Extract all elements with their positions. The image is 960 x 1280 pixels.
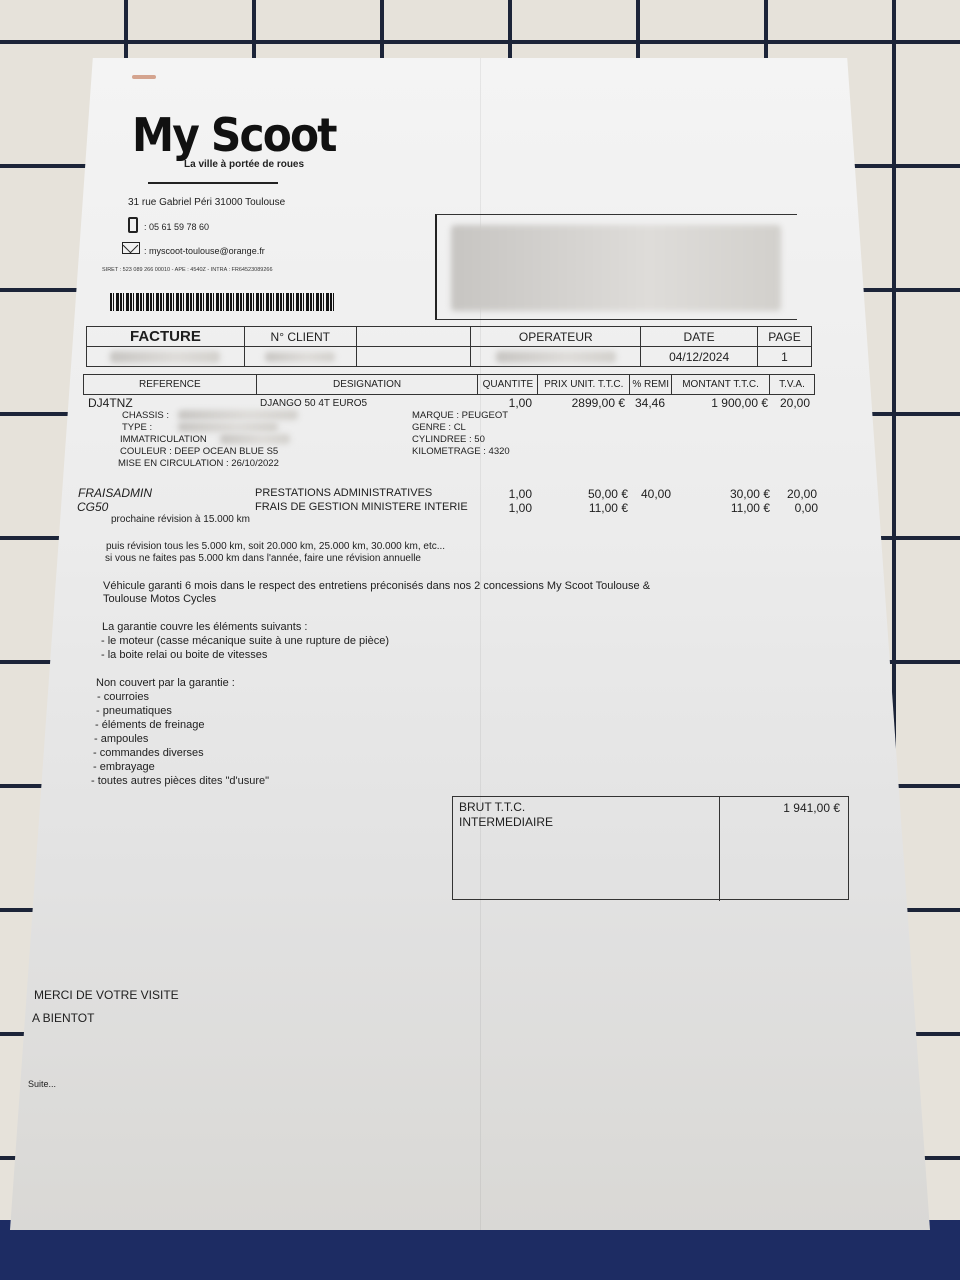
totals-divider xyxy=(719,797,720,901)
col-reference: REFERENCE xyxy=(84,375,257,395)
col-designation: DESIGNATION xyxy=(256,375,478,395)
client-number-label: N° CLIENT xyxy=(244,327,356,347)
item-vat: 20,00 xyxy=(787,487,817,501)
intermediaire-label: INTERMEDIAIRE xyxy=(459,815,553,829)
company-tagline: La ville à portée de roues xyxy=(184,159,304,170)
vehicle-genre: GENRE : CL xyxy=(412,422,466,433)
item-unit-price: 2899,00 € xyxy=(572,396,625,410)
item-amount: 30,00 € xyxy=(730,487,770,501)
client-number-redacted xyxy=(244,347,356,367)
redacted-type xyxy=(178,422,278,432)
item-unit-price: 11,00 € xyxy=(589,501,628,515)
item-unit-price: 50,00 € xyxy=(588,487,628,501)
client-address-box xyxy=(435,214,797,320)
immatriculation-label: IMMATRICULATION xyxy=(120,434,207,445)
envelope-icon xyxy=(122,242,140,254)
item-quantity: 1,00 xyxy=(509,501,532,515)
next-revision-note: prochaine révision à 15.000 km xyxy=(111,514,250,525)
item-discount: 34,46 xyxy=(635,396,665,410)
invoice-date: 04/12/2024 xyxy=(641,347,758,367)
item-reference: CG50 xyxy=(77,500,108,514)
continued-indicator: Suite... xyxy=(28,1079,56,1089)
item-quantity: 1,00 xyxy=(509,487,532,501)
operator-redacted xyxy=(471,347,641,367)
col-montant: MONTANT T.T.C. xyxy=(672,375,770,395)
vehicle-brand: MARQUE : PEUGEOT xyxy=(412,410,508,421)
covered-item: - la boite relai ou boite de vitesses xyxy=(101,649,267,661)
invoice-document: My Scoot La ville à portée de roues 31 r… xyxy=(0,0,960,1280)
item-reference: FRAISADMIN xyxy=(78,486,152,500)
thank-you-message: MERCI DE VOTRE VISITE xyxy=(34,988,179,1002)
company-address: 31 rue Gabriel Péri 31000 Toulouse xyxy=(128,197,285,208)
item-vat: 0,00 xyxy=(795,501,818,515)
punch-hole xyxy=(132,75,156,79)
not-covered-item: - toutes autres pièces dites "d'usure" xyxy=(91,775,269,787)
date-label: DATE xyxy=(641,327,758,347)
item-designation: DJANGO 50 4T EURO5 xyxy=(260,398,367,409)
not-covered-item: - commandes diverses xyxy=(93,747,204,759)
goodbye-message: A BIENTOT xyxy=(32,1011,94,1025)
logo-underline xyxy=(148,182,278,184)
annual-revision-note: si vous ne faites pas 5.000 km dans l'an… xyxy=(105,553,421,564)
col-prix-unit: PRIX UNIT. T.T.C. xyxy=(538,375,630,395)
page-label: PAGE xyxy=(758,327,812,347)
not-covered-item: - ampoules xyxy=(94,733,148,745)
vehicle-first-registration: MISE EN CIRCULATION : 26/10/2022 xyxy=(118,458,279,469)
company-phone: : 05 61 59 78 60 xyxy=(144,222,209,232)
item-amount: 1 900,00 € xyxy=(711,396,768,410)
invoice-header-table: FACTURE N° CLIENT OPERATEUR DATE PAGE 04… xyxy=(86,326,812,367)
col-remise: % REMI xyxy=(630,375,672,395)
totals-box: BRUT T.T.C. INTERMEDIAIRE 1 941,00 € xyxy=(452,796,849,900)
item-quantity: 1,00 xyxy=(509,396,532,410)
company-legal-ids: SIRET : 523 089 266 00010 - APE : 4540Z … xyxy=(102,267,273,273)
line-items-header: REFERENCE DESIGNATION QUANTITE PRIX UNIT… xyxy=(83,374,815,395)
company-email: : myscoot-toulouse@orange.fr xyxy=(144,246,265,256)
col-quantite: QUANTITE xyxy=(478,375,538,395)
vehicle-color: COULEUR : DEEP OCEAN BLUE S5 xyxy=(120,446,278,457)
not-covered-item: - pneumatiques xyxy=(96,705,172,717)
item-reference: DJ4TNZ xyxy=(88,396,133,410)
redacted-immatriculation xyxy=(220,434,290,444)
warranty-intro-cont: Toulouse Motos Cycles xyxy=(103,593,216,605)
revision-schedule-note: puis révision tous les 5.000 km, soit 20… xyxy=(106,541,445,552)
invoice-number-redacted xyxy=(87,347,245,367)
item-discount: 40,00 xyxy=(641,487,671,501)
not-covered-item: - éléments de freinage xyxy=(95,719,204,731)
item-designation: PRESTATIONS ADMINISTRATIVES xyxy=(255,487,432,499)
covered-title: La garantie couvre les éléments suivants… xyxy=(102,621,307,633)
page-number: 1 xyxy=(758,347,812,367)
item-designation: FRAIS DE GESTION MINISTERE INTERIE xyxy=(255,501,468,513)
item-vat: 20,00 xyxy=(780,396,810,410)
type-label: TYPE : xyxy=(122,422,152,433)
chassis-label: CHASSIS : xyxy=(122,410,169,421)
phone-icon xyxy=(128,217,138,233)
redacted-chassis xyxy=(178,410,298,420)
warranty-intro: Véhicule garanti 6 mois dans le respect … xyxy=(103,580,650,592)
not-covered-item: - courroies xyxy=(97,691,149,703)
col-tva: T.V.A. xyxy=(770,375,815,395)
covered-item: - le moteur (casse mécanique suite à une… xyxy=(101,635,389,647)
vehicle-displacement: CYLINDREE : 50 xyxy=(412,434,485,445)
not-covered-title: Non couvert par la garantie : xyxy=(96,677,235,689)
barcode xyxy=(110,293,336,311)
company-logo: My Scoot xyxy=(132,108,336,162)
item-amount: 11,00 € xyxy=(731,501,770,515)
not-covered-item: - embrayage xyxy=(93,761,155,773)
operator-label: OPERATEUR xyxy=(471,327,641,347)
vehicle-mileage: KILOMETRAGE : 4320 xyxy=(412,446,510,457)
brut-ttc-label: BRUT T.T.C. xyxy=(459,800,525,814)
redacted-client-address xyxy=(451,225,781,311)
facture-label: FACTURE xyxy=(87,327,245,347)
brut-ttc-value: 1 941,00 € xyxy=(783,801,840,815)
